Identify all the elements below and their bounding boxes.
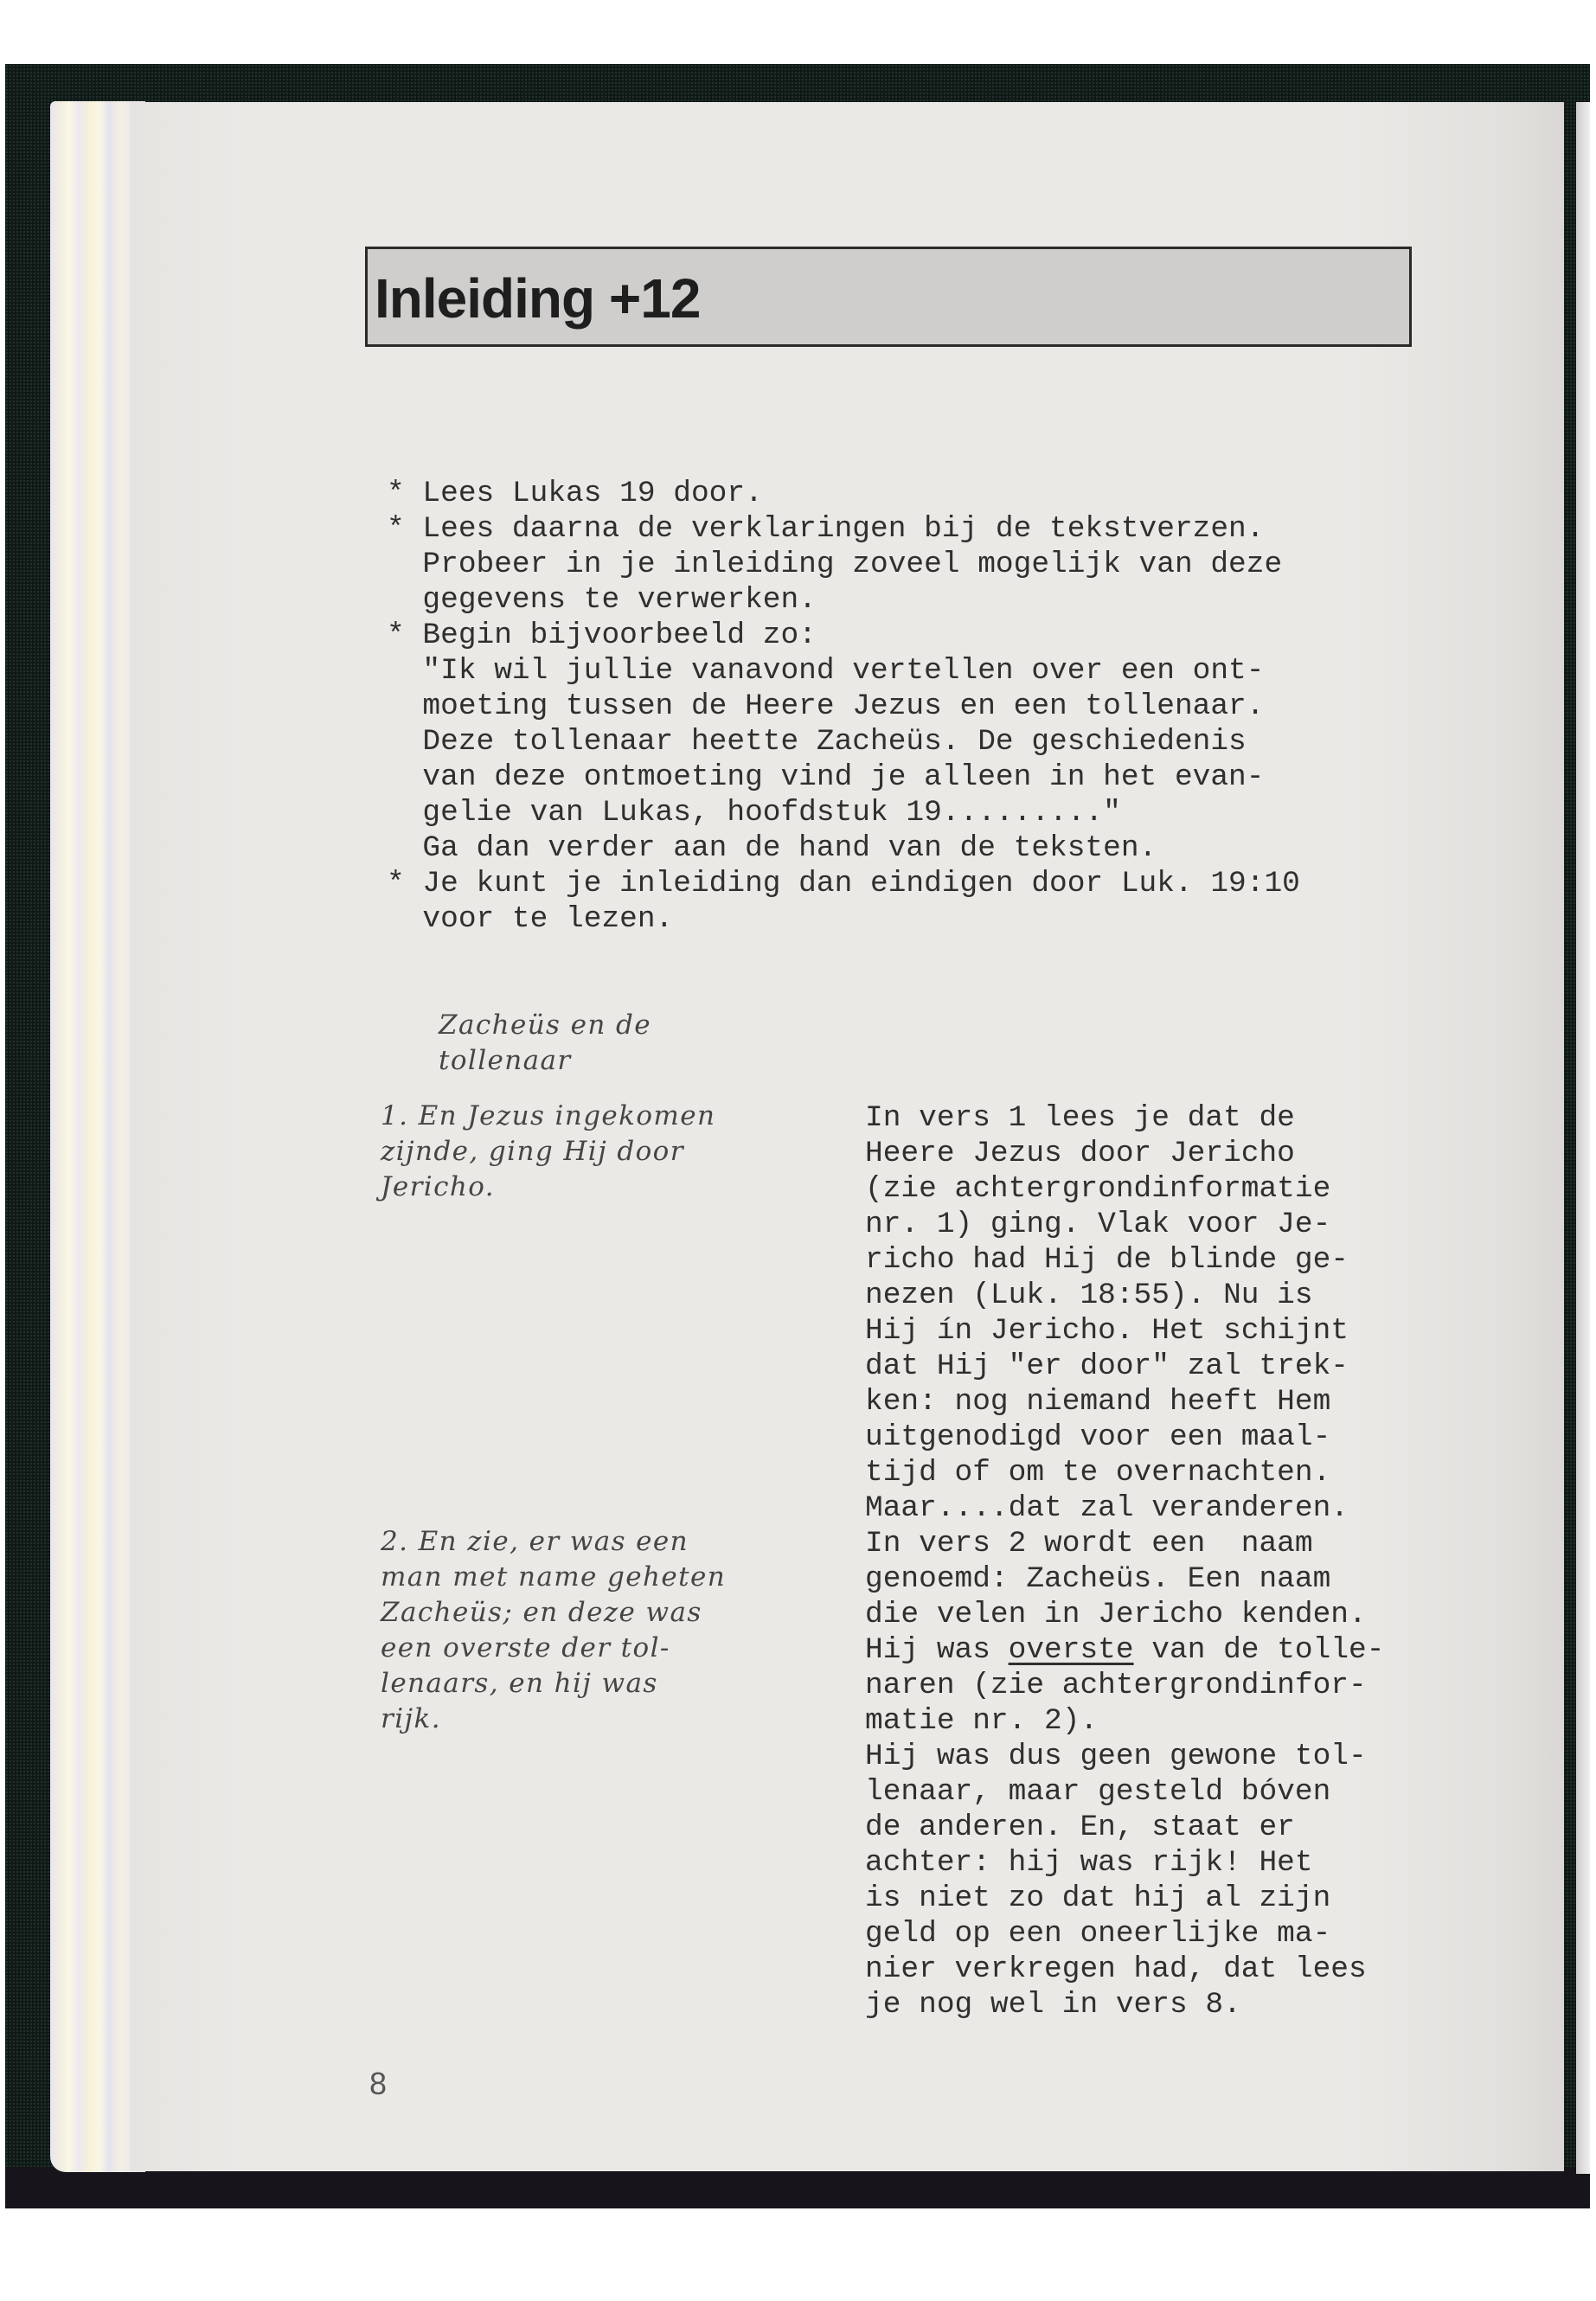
instruction-line: Deze tollenaar heette Zacheüs. De geschi…: [387, 724, 1300, 760]
instructions-list: * Lees Lukas 19 door.* Lees daarna de ve…: [387, 476, 1300, 937]
instruction-line: gegevens te verwerken.: [387, 582, 1300, 618]
scripture-verse-2: 2. En zie, er was een man met name gehet…: [381, 1524, 726, 1737]
commentary-text: In vers 1 lees je dat de Heere Jezus doo…: [865, 1100, 1384, 2022]
scripture-heading: Zacheüs en de tollenaar: [439, 1008, 651, 1079]
section-title-box: Inleiding +12: [365, 247, 1412, 347]
page-right-edge: [1576, 102, 1590, 2174]
instruction-line: van deze ontmoeting vind je alleen in he…: [387, 760, 1300, 795]
commentary-part-1: In vers 1 lees je dat de Heere Jezus doo…: [865, 1101, 1367, 1667]
scripture-verse-1: 1. En Jezus ingekomen zijnde, ging Hij d…: [381, 1099, 715, 1205]
instruction-line: moeting tussen de Heere Jezus en een tol…: [387, 689, 1300, 724]
instruction-line: * Je kunt je inleiding dan eindigen door…: [387, 866, 1300, 901]
commentary-part-2: van de tolle- naren (zie achtergrondinfo…: [865, 1633, 1384, 2022]
book-cover-bottom-edge: [5, 2167, 1590, 2208]
instruction-line: "Ik wil jullie vanavond vertellen over e…: [387, 653, 1300, 689]
instruction-line: gelie van Lukas, hoofdstuk 19.........": [387, 795, 1300, 830]
instruction-line: * Begin bijvoorbeeld zo:: [387, 618, 1300, 653]
instruction-line: Probeer in je inleiding zoveel mogelijk …: [387, 547, 1300, 582]
underlined-word: overste: [1009, 1633, 1134, 1667]
page-number: 8: [369, 2066, 387, 2102]
instruction-line: voor te lezen.: [387, 901, 1300, 937]
section-title: Inleiding +12: [375, 266, 700, 330]
instruction-line: * Lees Lukas 19 door.: [387, 476, 1300, 511]
instruction-line: Ga dan verder aan de hand van de teksten…: [387, 830, 1300, 866]
instruction-line: * Lees daarna de verklaringen bij de tek…: [387, 511, 1300, 547]
